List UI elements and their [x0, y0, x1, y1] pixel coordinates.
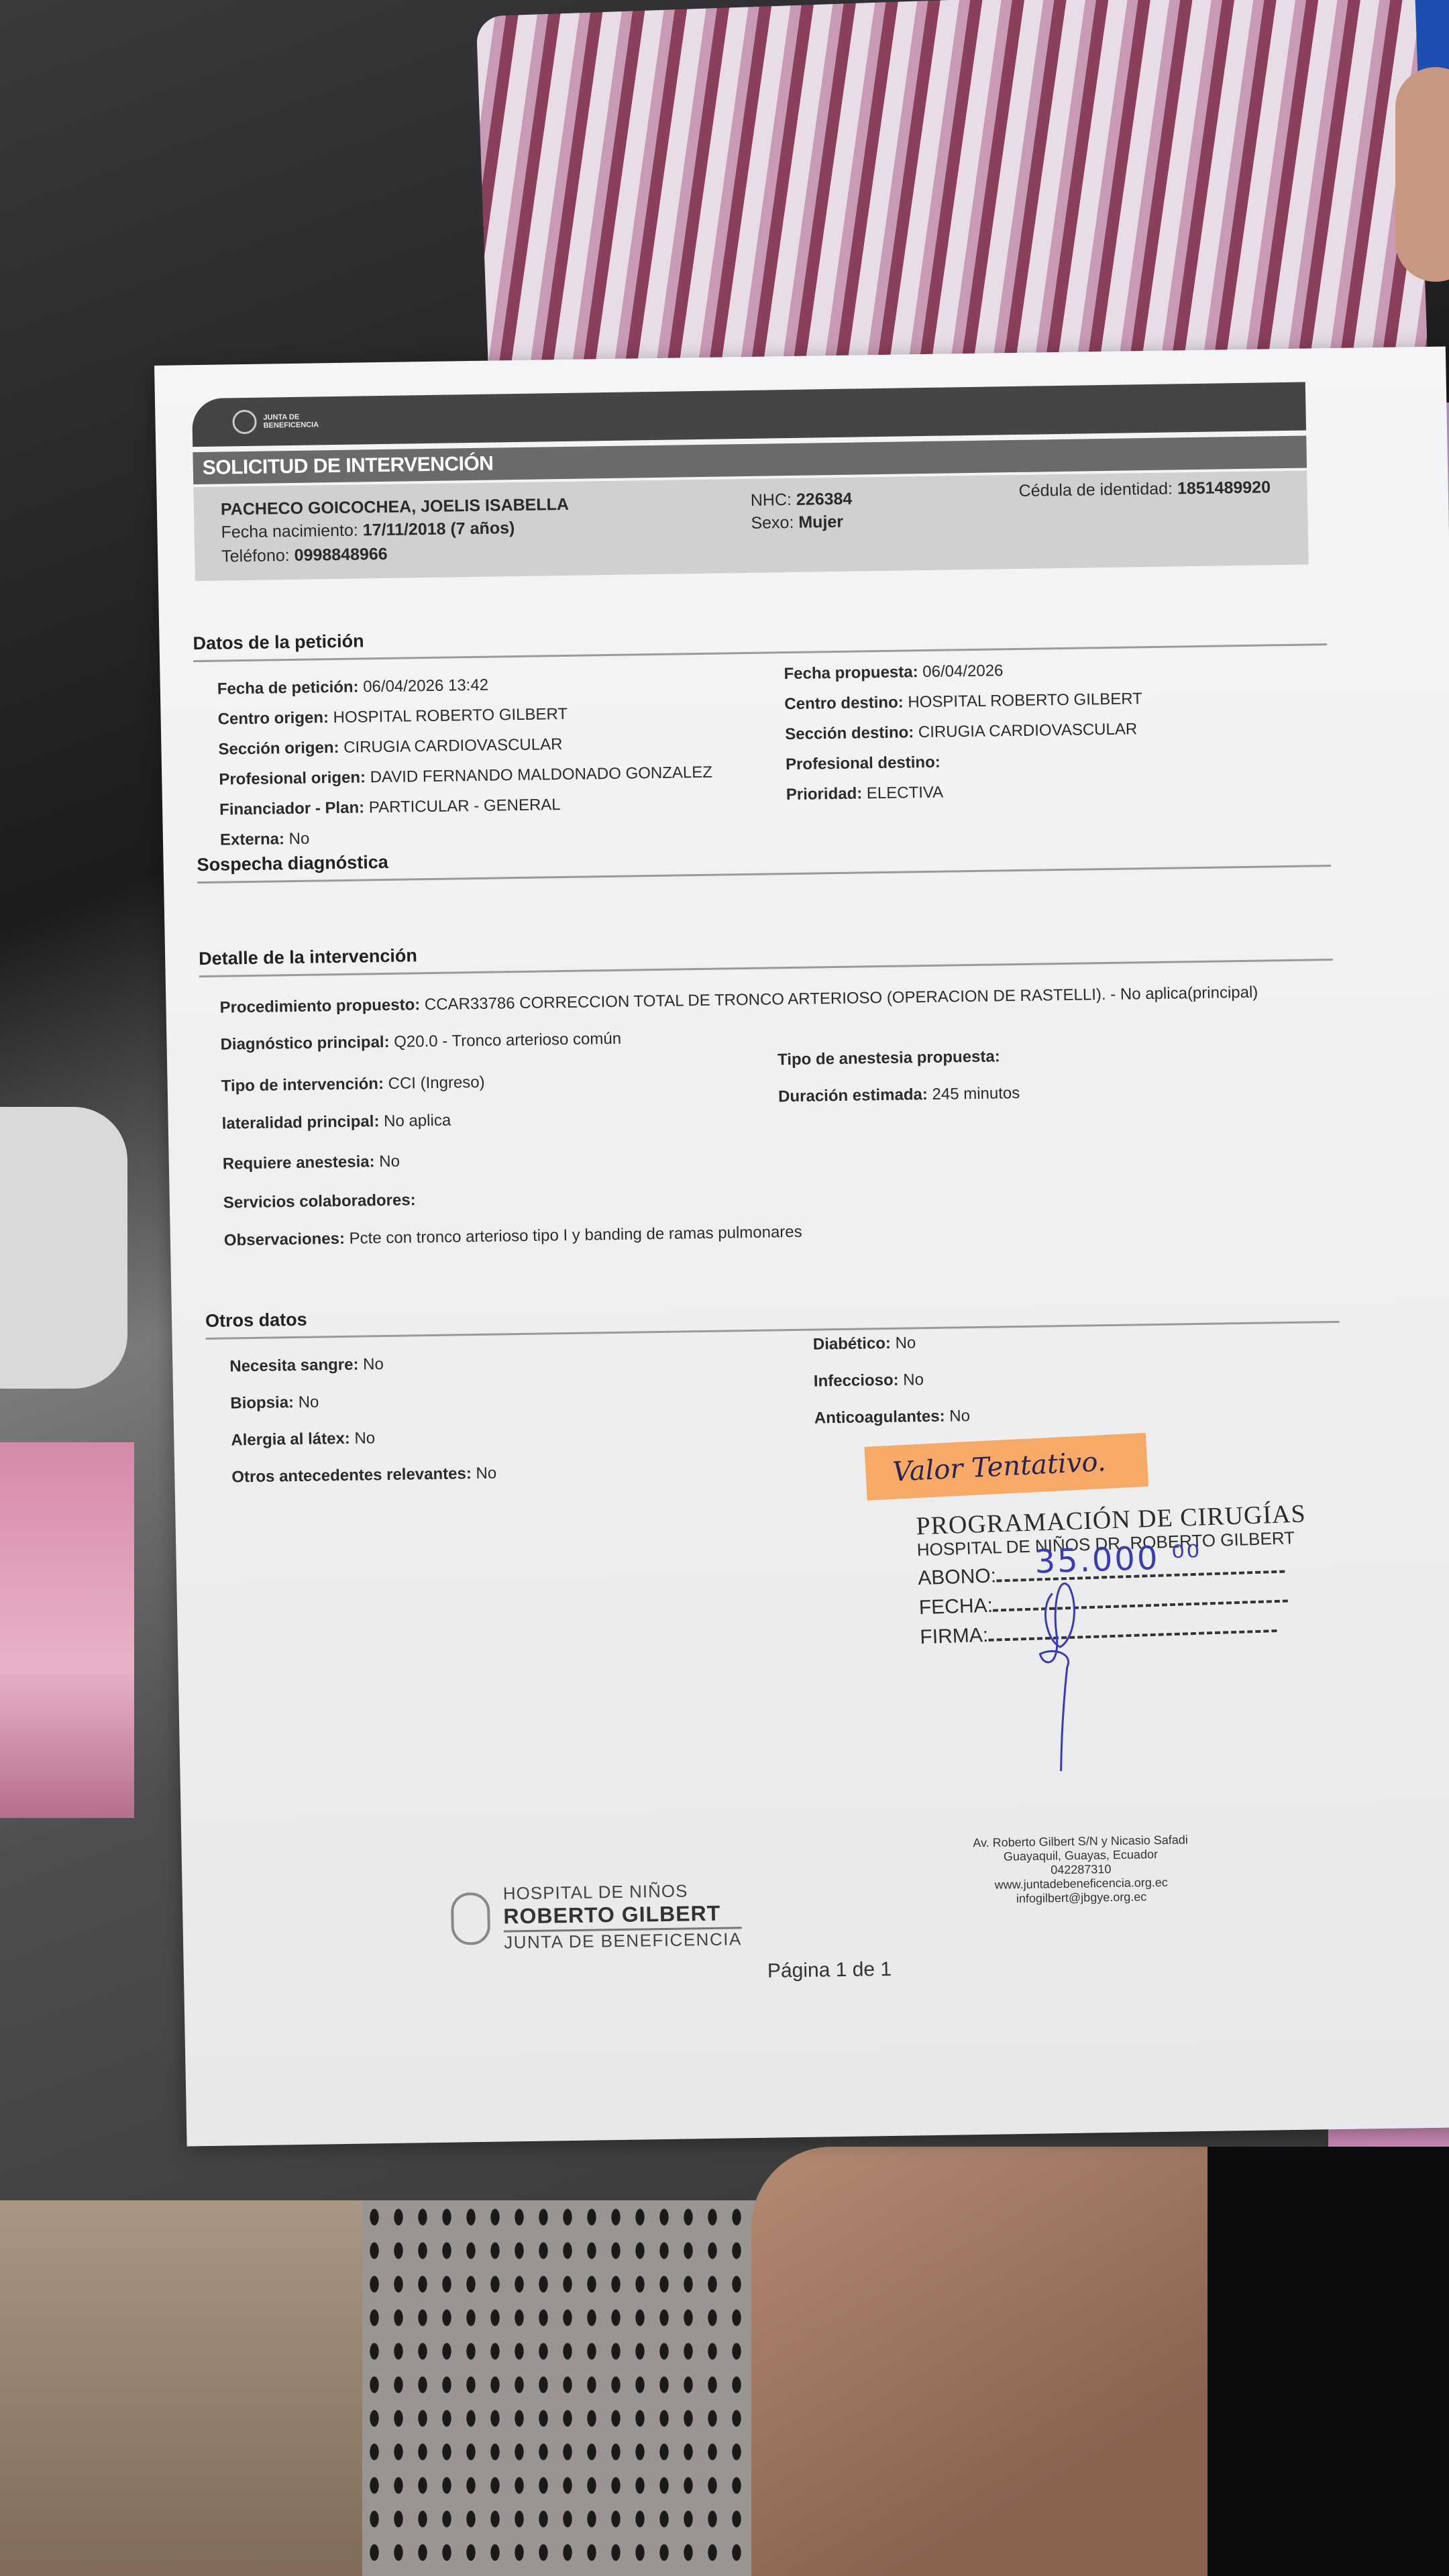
field-label: Externa: [220, 830, 289, 849]
field-value: CCAR33786 CORRECCION TOTAL DE TRONCO ART… [425, 983, 1258, 1014]
field-collaborating-services: Servicios colaboradores: [223, 1191, 416, 1212]
request-field: Profesional destino: [786, 753, 941, 774]
other-field: Diabético: No [813, 1334, 916, 1354]
background-bag-left [0, 1442, 134, 1818]
field-value: No [288, 830, 309, 848]
request-field: Centro origen: HOSPITAL ROBERTO GILBERT [217, 705, 568, 729]
field-value: HOSPITAL ROBERTO GILBERT [908, 690, 1142, 711]
field-value: 06/04/2026 [922, 661, 1004, 681]
field-anesthesia-type: Tipo de anestesia propuesta: [777, 1047, 1000, 1069]
field-value: 245 minutos [932, 1084, 1020, 1104]
page-number: Página 1 de 1 [184, 1949, 1449, 1992]
patient-nhc: NHC: 226384 [751, 490, 853, 511]
field-value: DAVID FERNANDO MALDONADO GONZALEZ [370, 763, 712, 787]
abono-label: ABONO: [918, 1565, 997, 1590]
handwritten-note-highlight: Valor Tentativo. [864, 1433, 1148, 1501]
sex-label: Sexo: [751, 513, 794, 533]
field-label: Profesional origen: [219, 768, 370, 788]
phone-label: Teléfono: [221, 546, 290, 566]
patient-id: Cédula de identidad: 1851489920 [1018, 478, 1271, 501]
field-value: ELECTIVA [867, 784, 944, 803]
field-label: Tipo de anestesia propuesta: [777, 1047, 1000, 1069]
handwritten-signature-icon [1012, 1566, 1123, 1775]
field-value: No [363, 1355, 384, 1373]
phone-value: 0998848966 [294, 545, 388, 565]
field-value: No [379, 1152, 400, 1171]
field-value: Pcte con tronco arterioso tipo I y bandi… [349, 1223, 802, 1248]
field-value: No [476, 1464, 496, 1483]
field-label: Alergia al látex: [231, 1430, 355, 1450]
field-value: No aplica [384, 1112, 451, 1130]
patient-info-box: PACHECO GOICOCHEA, JOELIS ISABELLA Fecha… [193, 471, 1308, 582]
field-label: Observaciones: [224, 1230, 345, 1250]
other-field: Alergia al látex: No [231, 1429, 375, 1450]
field-value: CIRUGIA CARDIOVASCULAR [918, 720, 1138, 741]
patient-phone: Teléfono: 0998848966 [221, 545, 388, 567]
field-label: Duración estimada: [778, 1085, 928, 1106]
field-label: Sección destino: [785, 723, 918, 743]
field-label: Fecha de petición: [217, 678, 364, 698]
field-value: PARTICULAR - GENERAL [369, 796, 561, 816]
request-field: Fecha propuesta: 06/04/2026 [784, 661, 1003, 684]
background-dark [1207, 2147, 1449, 2576]
field-laterality: lateralidad principal: No aplica [221, 1112, 451, 1134]
field-value: No [903, 1371, 924, 1389]
other-field: Necesita sangre: No [229, 1355, 384, 1376]
fecha-label: FECHA: [918, 1595, 993, 1619]
field-value: Q20.0 - Tronco arterioso común [394, 1030, 621, 1051]
field-label: Diagnóstico principal: [220, 1033, 389, 1054]
patient-birthdate: Fecha nacimiento: 17/11/2018 (7 años) [221, 519, 515, 542]
field-label: Biopsia: [230, 1393, 299, 1412]
field-label: Fecha propuesta: [784, 663, 922, 683]
request-field: Sección destino: CIRUGIA CARDIOVASCULAR [785, 720, 1137, 744]
field-value: No [354, 1429, 375, 1447]
logo-line-2: ROBERTO GILBERT [503, 1900, 741, 1932]
field-label: Infeccioso: [814, 1371, 904, 1391]
field-label: Diabético: [813, 1334, 896, 1354]
birthdate-value: 17/11/2018 (7 años) [363, 519, 515, 539]
hospital-address: Av. Roberto Gilbert S/N y Nicasio Safadi… [946, 1833, 1216, 1907]
request-field: Fecha de petición: 06/04/2026 13:42 [217, 676, 489, 699]
id-label: Cédula de identidad: [1018, 480, 1173, 500]
field-label: Financiador - Plan: [219, 798, 369, 818]
field-intervention-type: Tipo de intervención: CCI (Ingreso) [221, 1073, 484, 1096]
logo-line-3: JUNTA DE BENEFICENCIA [504, 1929, 742, 1953]
field-label: Prioridad: [786, 784, 867, 804]
section-divider [206, 1321, 1340, 1340]
firma-label: FIRMA: [920, 1624, 989, 1648]
field-diagnosis: Diagnóstico principal: Q20.0 - Tronco ar… [220, 1030, 621, 1055]
field-label: Tipo de intervención: [221, 1075, 384, 1095]
field-label: Otros antecedentes relevantes: [231, 1464, 476, 1486]
header-bar: JUNTA DE BENEFICENCIA [192, 382, 1306, 447]
section-title-suspicion: Sospecha diagnóstica [197, 852, 388, 875]
field-value: CIRUGIA CARDIOVASCULAR [343, 735, 563, 757]
field-label: lateralidad principal: [221, 1112, 379, 1132]
field-value: 06/04/2026 13:42 [363, 676, 488, 696]
field-value: No [949, 1407, 970, 1425]
field-label: Sección origen: [218, 739, 343, 759]
birthdate-label: Fecha nacimiento: [221, 521, 358, 542]
field-label: Necesita sangre: [229, 1356, 363, 1376]
request-field: Centro destino: HOSPITAL ROBERTO GILBERT [784, 690, 1142, 714]
field-label: Centro origen: [217, 708, 333, 729]
hospital-logo: HOSPITAL DE NIÑOS ROBERTO GILBERT JUNTA … [451, 1880, 742, 1953]
junta-emblem-icon [232, 410, 257, 435]
request-field: Prioridad: ELECTIVA [786, 784, 944, 804]
patient-name: PACHECO GOICOCHEA, JOELIS ISABELLA [221, 495, 570, 520]
field-observations: Observaciones: Pcte con tronco arterioso… [224, 1223, 802, 1250]
background-finger [1395, 67, 1449, 282]
hospital-emblem-icon [451, 1892, 490, 1945]
background-arm [751, 2147, 1261, 2576]
field-label: Procedimiento propuesto: [219, 996, 420, 1016]
section-title-request: Datos de la petición [193, 631, 364, 654]
field-label: Centro destino: [784, 693, 908, 713]
document-page: JUNTA DE BENEFICENCIA SOLICITUD DE INTER… [154, 346, 1449, 2146]
field-value: No [895, 1334, 916, 1352]
field-label: Servicios colaboradores: [223, 1191, 416, 1212]
other-field: Otros antecedentes relevantes: No [231, 1464, 496, 1487]
field-procedure: Procedimiento propuesto: CCAR33786 CORRE… [219, 983, 1258, 1018]
section-title-other: Otros datos [205, 1309, 307, 1332]
field-value: HOSPITAL ROBERTO GILBERT [333, 705, 568, 727]
other-field: Infeccioso: No [814, 1371, 924, 1391]
field-requires-anesthesia: Requiere anestesia: No [223, 1152, 400, 1174]
request-field: Profesional origen: DAVID FERNANDO MALDO… [219, 763, 712, 790]
field-label: Requiere anestesia: [223, 1152, 375, 1173]
request-field: Externa: No [220, 830, 310, 850]
other-field: Biopsia: No [230, 1393, 319, 1413]
field-value: CCI (Ingreso) [388, 1073, 485, 1093]
field-duration: Duración estimada: 245 minutos [778, 1084, 1020, 1106]
field-label: Profesional destino: [786, 753, 941, 773]
header-logo-text: JUNTA DE BENEFICENCIA [263, 413, 317, 429]
sex-value: Mujer [798, 513, 843, 532]
field-value: No [298, 1393, 319, 1411]
nhc-value: 226384 [796, 490, 853, 509]
request-field: Sección origen: CIRUGIA CARDIOVASCULAR [218, 735, 562, 759]
section-title-intervention: Detalle de la intervención [199, 945, 417, 969]
background-shoe [0, 1107, 127, 1389]
field-label: Anticoagulantes: [814, 1407, 950, 1428]
id-value: 1851489920 [1177, 478, 1271, 498]
request-field: Financiador - Plan: PARTICULAR - GENERAL [219, 796, 561, 820]
patient-sex: Sexo: Mujer [751, 513, 843, 533]
nhc-label: NHC: [751, 490, 792, 510]
other-field: Anticoagulantes: No [814, 1407, 971, 1428]
